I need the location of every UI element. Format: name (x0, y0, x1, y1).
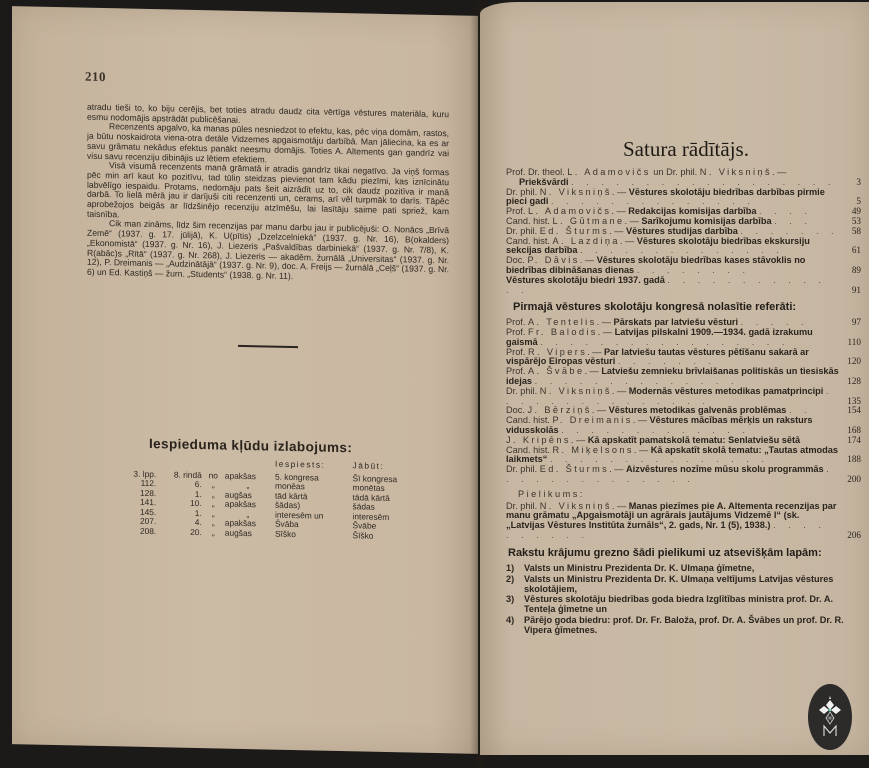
left-page: 210 atradu tieši to, ko biju cerējis, be… (12, 6, 478, 754)
page-number: 210 (85, 69, 106, 85)
errata-table: Iespiests: Jābūt: 3. lpp.8. rindānoapakš… (120, 456, 420, 541)
list-item: 2)Valsts un Ministru Prezidenta Dr. K. U… (506, 574, 863, 594)
toc-entry: Dr. phil. Ed. Šturms. — Aizvēstures nozī… (506, 465, 863, 485)
toc-entry: Cand. hist. R. Miķelsons. — Kā apskatīt … (506, 446, 863, 466)
section-divider (238, 345, 298, 348)
toc-entry: Doc. P. Dāvis. — Vēstures skolotāju bied… (506, 256, 863, 276)
table-of-contents: Prof. Dr. theol. L. Adamovičs un Dr. phi… (506, 168, 863, 635)
plates-heading: Rakstu krājumu grezno šādi pielikumi uz … (508, 549, 863, 559)
errata-title: Iespieduma kļūdu izlabojums: (149, 436, 352, 455)
watermark-badge (808, 684, 852, 750)
toc-entry: Prof. R. Vipers. — Par latviešu tautas v… (506, 348, 863, 368)
toc-entry: Vēstures skolotāju biedri 1937. gadā . .… (506, 276, 863, 296)
paragraph: Visā visumā recenzents manā grāmatā ir a… (87, 161, 449, 227)
toc-entry: Prof. Dr. theol. L. Adamovičs un Dr. phi… (506, 168, 863, 188)
toc-title: Satura rādītājs. (623, 137, 749, 162)
paragraph: Cik man zināms, līdz šim recenzijas par … (87, 219, 449, 285)
toc-entry: Prof. A. Švābe. — Latviešu zemnieku brīv… (506, 367, 863, 387)
section-heading: Pirmajā vēstures skolotāju kongresā nola… (513, 303, 863, 313)
list-item: 3)Vēstures skolotāju biedrības goda bied… (506, 594, 863, 614)
toc-entry: Dr. phil. N. Viksniņš. — Manas piezīmes … (506, 502, 863, 541)
toc-entry: Prof. Fr. Balodis. — Latvijas pilskalni … (506, 328, 863, 348)
plates-list: 1)Valsts un Ministru Prezidenta Dr. K. U… (506, 563, 863, 634)
toc-entry: Cand. hist. P. Dreimanis. — Vēstures māc… (506, 416, 863, 436)
list-item: 1)Valsts un Ministru Prezidenta Dr. K. U… (506, 563, 863, 573)
list-item: 4)Pārējo goda biedru: prof. Dr. Fr. Balo… (506, 615, 863, 635)
body-text: atradu tieši to, ko biju cerējis, bet to… (87, 103, 449, 285)
toc-entry: Dr. phil. N. Viksniņš. — Modernās vēstur… (506, 387, 863, 407)
folk-ornament-monogram-icon (815, 694, 845, 740)
toc-entry: Cand. hist. A. Lazdiņa. — Vēstures skolo… (506, 237, 863, 257)
appendix-heading: Pielikums: (518, 490, 863, 500)
toc-entry: Dr. phil. N. Viksniņš. — Vēstures skolot… (506, 188, 863, 208)
